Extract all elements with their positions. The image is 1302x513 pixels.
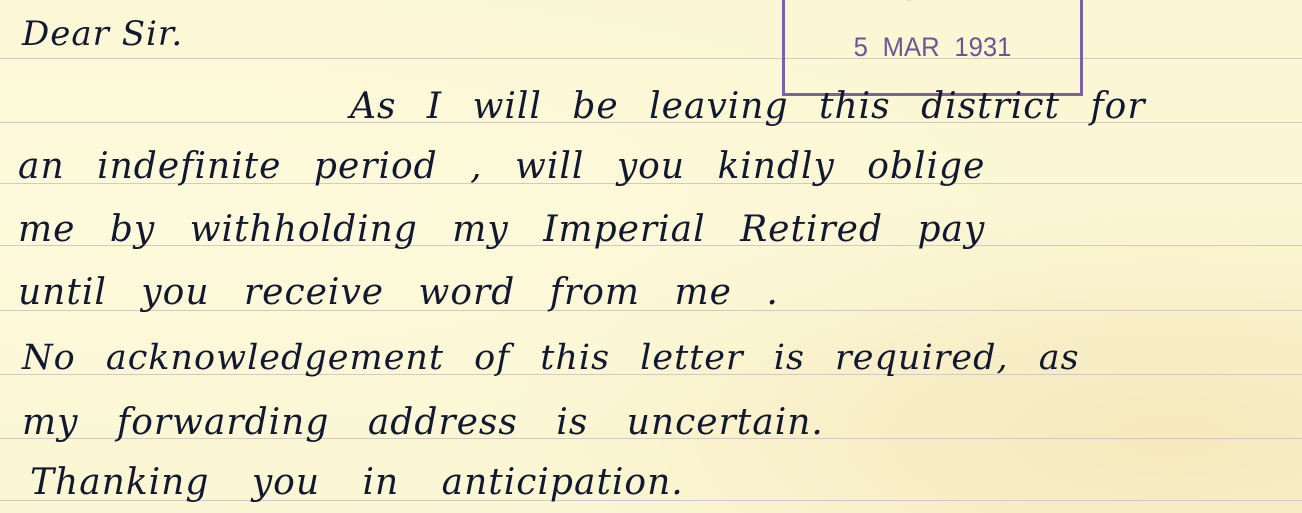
letter-line-7: Thanking you in anticipation. [30,462,684,503]
stamp-date: 5 MAR 1931 [792,32,1072,63]
letter-line-5: No acknowledgement of this letter is req… [22,338,1080,378]
received-stamp: RECEIVED 5 MAR 1931 [782,0,1083,96]
salutation: Dear Sir. [22,14,183,54]
letter-line-4: until you receive word from me . [18,272,779,313]
letter-line-2: an indefinite period , will you kindly o… [18,146,985,187]
stamp-label: RECEIVED [785,0,1080,7]
letter-line-6: my forwarding address is uncertain. [22,402,824,443]
letter-line-1: As I will be leaving this district for [350,86,1146,127]
letter-paper: RECEIVED 5 MAR 1931 Dear Sir. As I will … [0,0,1302,513]
ruled-line [0,58,1302,59]
letter-line-3: me by withholding my Imperial Retired pa… [18,209,985,250]
